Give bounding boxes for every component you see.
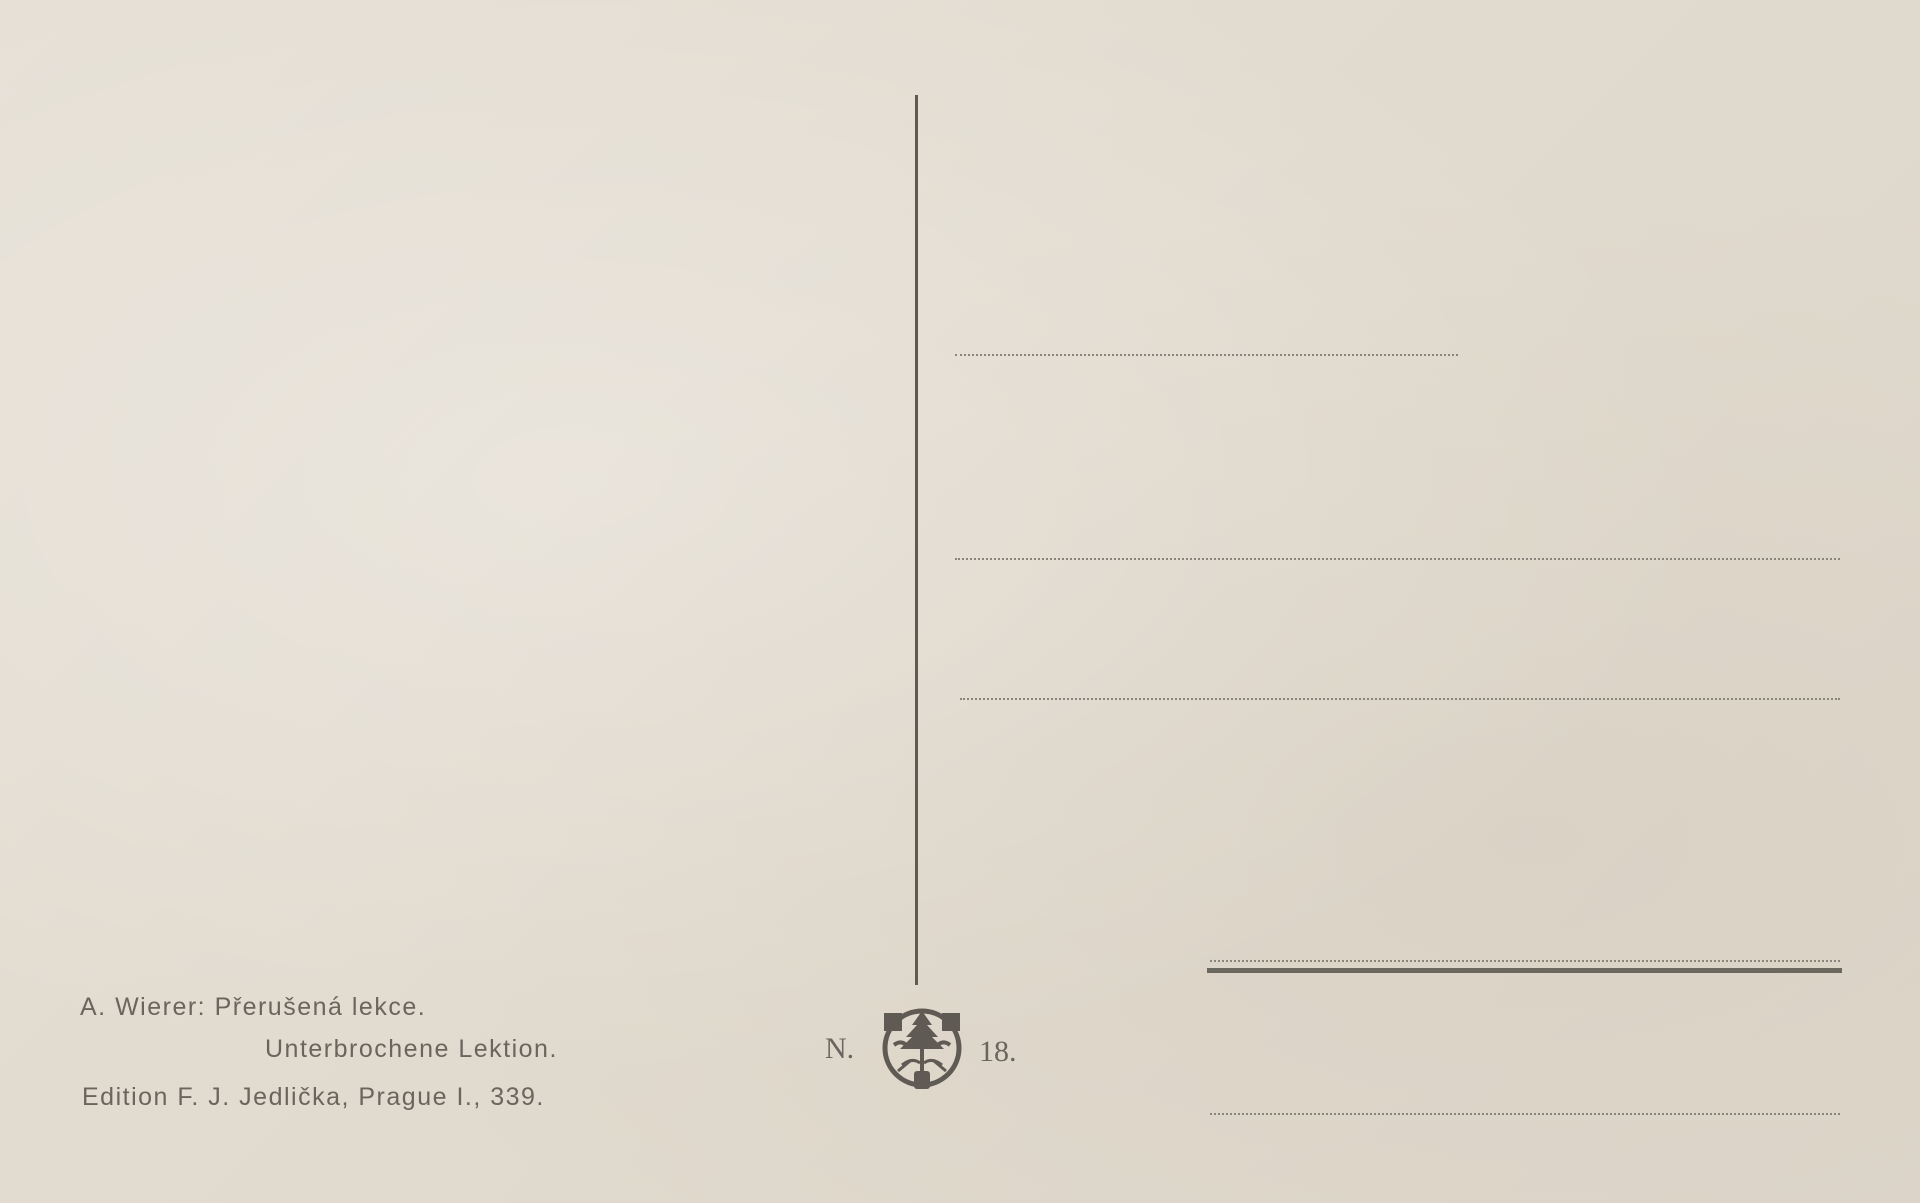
caption-title-czech: A. Wierer: Přerušená lekce. <box>80 993 426 1022</box>
caption-title-german: Unterbrochene Lektion. <box>265 1035 558 1064</box>
address-line-4 <box>1210 960 1840 962</box>
center-divider-line <box>915 95 918 985</box>
address-line-3 <box>960 698 1840 700</box>
caption-publisher: Edition F. J. Jedlička, Prague I., 339. <box>82 1083 545 1112</box>
address-line-5 <box>1210 1113 1840 1115</box>
address-line-2 <box>955 558 1840 560</box>
postcard-back: A. Wierer: Přerušená lekce. Unterbrochen… <box>0 0 1920 1203</box>
card-number-prefix: N. <box>825 1032 854 1066</box>
tree-emblem-icon <box>880 1003 964 1093</box>
address-underline-solid <box>1207 968 1842 973</box>
card-number-value: 18. <box>979 1035 1017 1069</box>
address-line-1 <box>955 354 1458 356</box>
